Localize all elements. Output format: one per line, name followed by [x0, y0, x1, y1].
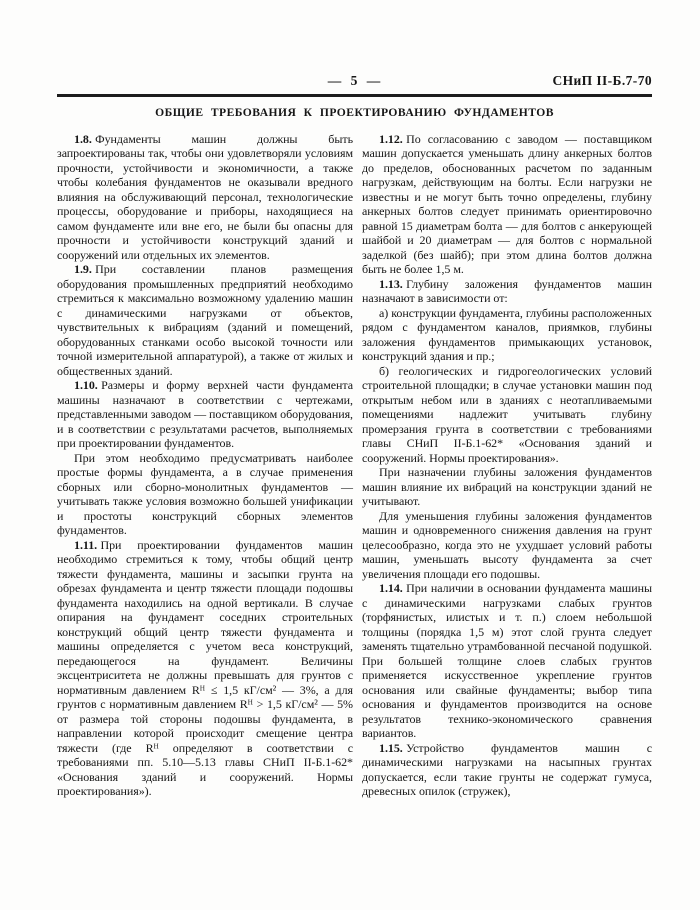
paragraph-text: По согласованию с заводом — поставщиком …: [362, 132, 652, 277]
paragraph-number: 1.13.: [379, 277, 403, 291]
paragraph-number: 1.11.: [74, 538, 97, 552]
paragraph-number: 1.12.: [379, 132, 403, 146]
paragraph-number: 1.10.: [74, 378, 98, 392]
paragraph-number: 1.14.: [379, 581, 403, 595]
paragraph-text: При наличии в основании фундамента машин…: [362, 581, 652, 740]
section-title: ОБЩИЕ ТРЕБОВАНИЯ К ПРОЕКТИРОВАНИЮ ФУНДАМ…: [57, 106, 652, 119]
paragraph-1-13-note-1: При назначении глубины заложения фундаме…: [362, 465, 652, 509]
paragraph-1-13-item-b: б) геологических и гидрогеологических ус…: [362, 364, 652, 466]
paragraph-text: Устройство фундаментов машин с динамичес…: [362, 741, 652, 799]
paragraph-number: 1.15.: [379, 741, 403, 755]
paragraph-number: 1.9.: [74, 262, 92, 276]
paragraph-text: При назначении глубины заложения фундаме…: [362, 465, 652, 508]
paragraph-1-10: 1.10.Размеры и форму верхней части фунда…: [57, 378, 353, 451]
doc-code: СНиП II-Б.7-70: [552, 73, 652, 89]
body-columns: 1.8.Фундаменты машин должны быть запроек…: [57, 132, 652, 799]
right-column: 1.12.По согласованию с заводом — поставщ…: [362, 132, 652, 799]
paragraph-1-9: 1.9.При составлении планов размещения об…: [57, 262, 353, 378]
paragraph-1-13-item-a: а) конструкции фундамента, глубины распо…: [362, 306, 652, 364]
page-header: — 5 — СНиП II-Б.7-70: [57, 0, 652, 89]
paragraph-text: а) конструкции фундамента, глубины распо…: [362, 306, 652, 364]
paragraph-text: Фундаменты машин должны быть запроектиро…: [57, 132, 353, 262]
paragraph-text: Размеры и форму верхней части фундамента…: [57, 378, 353, 450]
paragraph-text: При этом необходимо предусматривать наиб…: [57, 451, 353, 538]
paragraph-1-8: 1.8.Фундаменты машин должны быть запроек…: [57, 132, 353, 263]
paragraph-text: Глубину заложения фундаментов машин назн…: [362, 277, 652, 306]
paragraph-1-11: 1.11.При проектировании фундаментов маши…: [57, 538, 353, 799]
paragraph-text: б) геологических и гидрогеологических ус…: [362, 364, 652, 465]
document-page: — 5 — СНиП II-Б.7-70 ОБЩИЕ ТРЕБОВАНИЯ К …: [0, 0, 700, 910]
header-rule: [57, 94, 652, 97]
paragraph-1-15: 1.15.Устройство фундаментов машин с дина…: [362, 741, 652, 799]
paragraph-1-14: 1.14.При наличии в основании фундамента …: [362, 581, 652, 741]
paragraph-1-10-continuation: При этом необходимо предусматривать наиб…: [57, 451, 353, 538]
paragraph-1-13-note-2: Для уменьшения глубины заложения фундаме…: [362, 509, 652, 582]
paragraph-1-13: 1.13.Глубину заложения фундаментов машин…: [362, 277, 652, 306]
paragraph-text: Для уменьшения глубины заложения фундаме…: [362, 509, 652, 581]
left-column: 1.8.Фундаменты машин должны быть запроек…: [57, 132, 353, 799]
paragraph-1-12: 1.12.По согласованию с заводом — поставщ…: [362, 132, 652, 277]
paragraph-number: 1.8.: [74, 132, 92, 146]
paragraph-text: При составлении планов размещения оборуд…: [57, 262, 353, 378]
paragraph-text: При проектировании фундаментов машин нео…: [57, 538, 353, 799]
